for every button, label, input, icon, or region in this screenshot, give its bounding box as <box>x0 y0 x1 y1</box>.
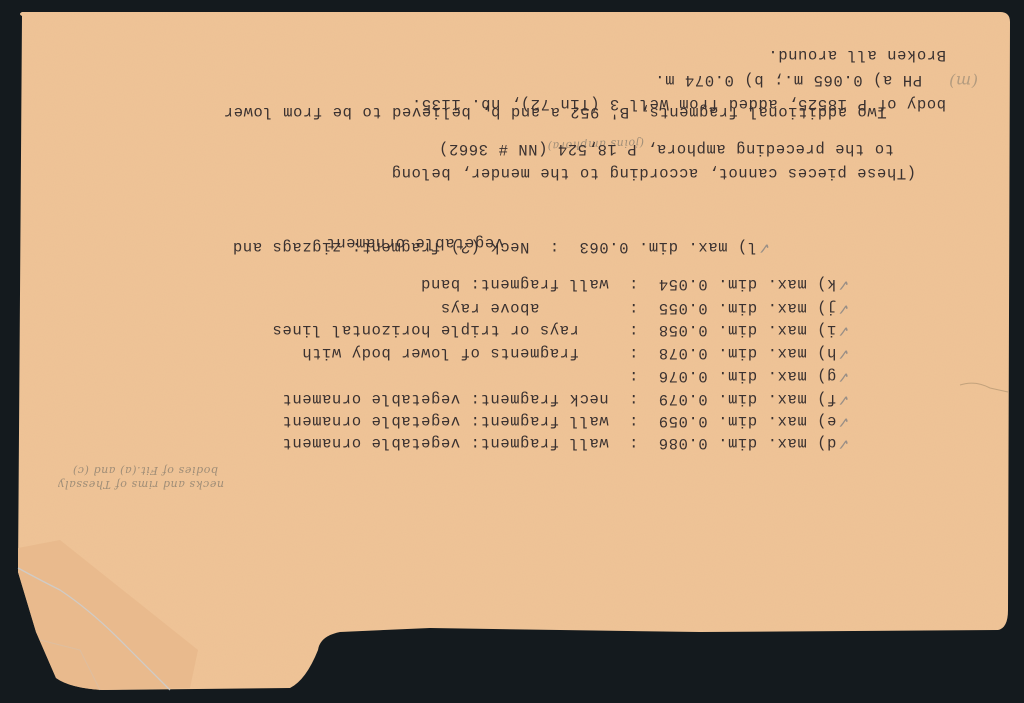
fragment-dim: max. dim. 0.055 <box>658 299 807 317</box>
fragment-desc: rays or triple horizontal lines <box>272 321 579 339</box>
fragment-dim: max. dim. 0.054 <box>658 275 807 293</box>
fragment-dim: max. dim. 0.076 <box>658 367 807 385</box>
fragment-dim: max. dim. 0.078 <box>658 344 807 362</box>
check-mark-icon: ✓ <box>836 368 850 386</box>
check-mark-icon: ✓ <box>836 276 850 294</box>
fragment-desc: fragments of lower body with <box>302 344 579 362</box>
archival-card: Two additional fragments, B' 952 a and b… <box>0 0 1024 703</box>
fragment-row-e: ✓e) max. dim. 0.059 : wall fragment: veg… <box>282 413 850 430</box>
fragment-label: j) <box>817 299 837 317</box>
fragment-dim: max. dim. 0.058 <box>658 321 807 339</box>
fragment-label: k) <box>817 275 837 293</box>
fragment-row-k: ✓k) max. dim. 0.054 : wall fragment: ban… <box>421 276 851 293</box>
fragment-row-f: ✓f) max. dim. 0.079 : neck fragment: veg… <box>282 391 850 408</box>
fragment-desc: neck fragment: vegetable ornament <box>282 390 609 408</box>
fragment-row-h: ✓h) max. dim. 0.078 : fragments of lower… <box>302 345 850 362</box>
fragment-row-g: ✓g) max. dim. 0.076 : <box>628 368 850 385</box>
check-mark-icon: ✓ <box>836 435 850 453</box>
fragment-row-j: ✓j) max. dim. 0.055 : above rays <box>440 300 850 317</box>
margin-handwriting-line-1: necks and rims of Thessaly <box>58 478 224 491</box>
fragment-dim: max. dim. 0.086 <box>658 434 807 452</box>
check-mark-icon: ✓ <box>836 391 850 409</box>
fragment-row-i: ✓i) max. dim. 0.058 : rays or triple hor… <box>272 322 850 339</box>
fragment-label: h) <box>817 344 837 362</box>
fragment-dim: max. dim. 0.059 <box>658 412 807 430</box>
fragment-rows: ✓k) max. dim. 0.054 : wall fragment: ban… <box>0 0 1024 703</box>
fragment-desc: wall fragment: band <box>421 275 609 293</box>
fragment-label: f) <box>817 390 837 408</box>
fragment-label: e) <box>817 412 837 430</box>
fragment-desc: wall fragment: vegetable ornament <box>282 412 609 430</box>
check-mark-icon: ✓ <box>836 322 850 340</box>
fragment-dim: max. dim. 0.079 <box>658 390 807 408</box>
fragment-row-d: ✓d) max. dim. 0.086 : wall fragment: veg… <box>282 435 850 452</box>
check-mark-icon: ✓ <box>836 413 850 431</box>
fragment-desc: above rays <box>440 299 539 317</box>
fragment-label: g) <box>817 367 837 385</box>
fragment-desc: wall fragment: vegetable ornament <box>282 434 609 452</box>
fragment-label: d) <box>817 434 837 452</box>
check-mark-icon: ✓ <box>836 345 850 363</box>
fragment-label: i) <box>817 321 837 339</box>
check-mark-icon: ✓ <box>836 300 850 318</box>
margin-handwriting-line-2: bodies of Fit.(a) and (c) <box>72 464 218 477</box>
